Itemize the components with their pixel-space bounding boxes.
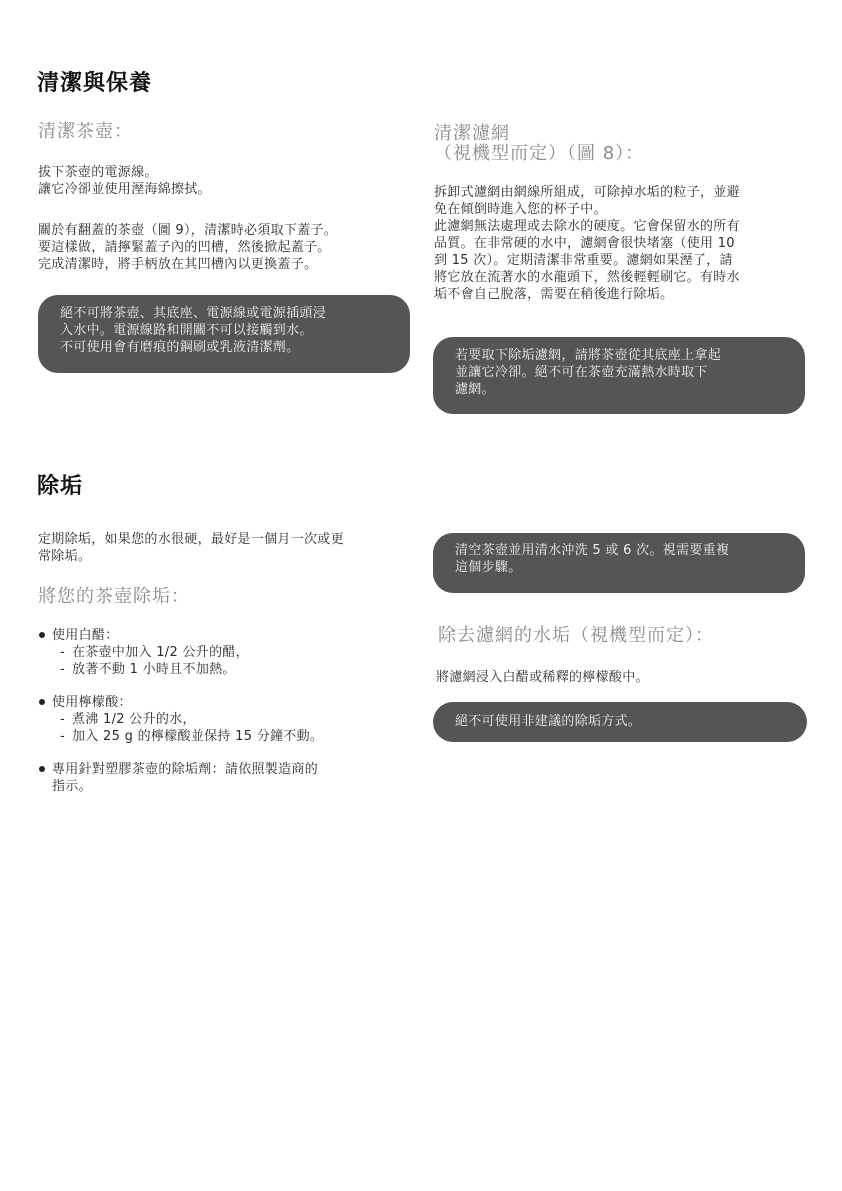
text-line: 入水中。電源線路和開關不可以接觸到水。 bbox=[60, 322, 388, 339]
filter-descale-text: 將濾網浸入白醋或稀釋的檸檬酸中。 bbox=[436, 669, 806, 686]
text-line: 到 15 次）。定期清潔非常重要。濾網如果溼了，請 bbox=[434, 252, 814, 269]
list-item-vinegar: 使用白醋： -在茶壺中加入 1/2 公升的醋， -放著不動 1 小時且不加熱。 bbox=[38, 627, 418, 678]
method-steps: -煮沸 1/2 公升的水， -加入 25 g 的檸檬酸並保持 15 分鐘不動。 bbox=[52, 711, 418, 745]
method-steps: -在茶壺中加入 1/2 公升的醋， -放著不動 1 小時且不加熱。 bbox=[52, 644, 418, 678]
subheading-clean-filter: 清潔濾網 （視機型而定）（圖 8）： bbox=[434, 124, 644, 164]
method-label: 使用檸檬酸： bbox=[52, 694, 418, 711]
kettle-paragraph-1: 拔下茶壺的電源線。 讓它冷卻並使用溼海綿擦拭。 bbox=[38, 164, 418, 198]
note-box-rinse: 清空茶壺並用清水沖洗 5 或 6 次。視需要重複 這個步驟。 bbox=[433, 533, 805, 593]
step-text: 煮沸 1/2 公升的水， bbox=[72, 712, 196, 727]
text-line: 定期除垢，如果您的水很硬，最好是一個月一次或更 bbox=[38, 531, 418, 548]
text-line: 品質。在非常硬的水中，濾網會很快堵塞（使用 10 bbox=[434, 235, 814, 252]
text-line: 免在傾倒時進入您的杯子中。 bbox=[434, 201, 814, 218]
dash-icon: - bbox=[60, 711, 65, 728]
step-item: -在茶壺中加入 1/2 公升的醋， bbox=[60, 644, 418, 661]
filter-paragraph-2: 此濾網無法處理或去除水的硬度。它會保留水的所有 品質。在非常硬的水中，濾網會很快… bbox=[434, 218, 814, 303]
section-title-descaling: 除垢 bbox=[37, 474, 83, 500]
text-line: 不可使用會有磨痕的鋼刷或乳液清潔劑。 bbox=[60, 339, 388, 356]
text-line: 拔下茶壺的電源線。 bbox=[38, 164, 418, 181]
kettle-paragraph-2: 關於有翻蓋的茶壺（圖 9），清潔時必須取下蓋子。 要這樣做，請擰緊蓋子內的凹槽，… bbox=[38, 222, 418, 273]
subheading-descale-filter: 除去濾網的水垢（視機型而定）： bbox=[438, 626, 714, 646]
text-line: 讓它冷卻並使用溼海綿擦拭。 bbox=[38, 181, 418, 198]
dash-icon: - bbox=[60, 661, 65, 678]
text-line: 完成清潔時，將手柄放在其凹槽內以更換蓋子。 bbox=[38, 256, 418, 273]
warning-box-filter-removal: 若要取下除垢濾網，請將茶壺從其底座上拿起 並讓它冷卻。絕不可在茶壺充滿熱水時取下… bbox=[433, 337, 805, 414]
subheading-clean-kettle: 清潔茶壺： bbox=[38, 122, 133, 142]
step-text: 在茶壺中加入 1/2 公升的醋， bbox=[72, 645, 249, 660]
method-label-line: 指示。 bbox=[52, 778, 418, 795]
step-item: -放著不動 1 小時且不加熱。 bbox=[60, 661, 418, 678]
text-line: 將它放在流著水的水龍頭下，然後輕輕刷它。有時水 bbox=[434, 269, 814, 286]
warning-box-descale-method: 絕不可使用非建議的除垢方式。 bbox=[433, 702, 807, 742]
descaling-intro: 定期除垢，如果您的水很硬，最好是一個月一次或更 常除垢。 bbox=[38, 531, 418, 565]
method-label-line: 專用針對塑膠茶壺的除垢劑：請依照製造商的 bbox=[52, 761, 418, 778]
descaling-methods-list: 使用白醋： -在茶壺中加入 1/2 公升的醋， -放著不動 1 小時且不加熱。 … bbox=[38, 627, 418, 811]
text-line: 濾網。 bbox=[455, 381, 783, 398]
heading-line: 清潔濾網 bbox=[434, 124, 644, 144]
step-item: -加入 25 g 的檸檬酸並保持 15 分鐘不動。 bbox=[60, 728, 418, 745]
list-item-citric-acid: 使用檸檬酸： -煮沸 1/2 公升的水， -加入 25 g 的檸檬酸並保持 15… bbox=[38, 694, 418, 745]
bullet-icon bbox=[39, 699, 45, 705]
text-line: 垢不會自己脫落，需要在稍後進行除垢。 bbox=[434, 286, 814, 303]
text-line: 要這樣做，請擰緊蓋子內的凹槽，然後掀起蓋子。 bbox=[38, 239, 418, 256]
dash-icon: - bbox=[60, 728, 65, 745]
section-title-cleaning: 清潔與保養 bbox=[37, 71, 152, 97]
step-text: 加入 25 g 的檸檬酸並保持 15 分鐘不動。 bbox=[72, 729, 323, 744]
warning-box-immersion: 絕不可將茶壺、其底座、電源線或電源插頭浸 入水中。電源線路和開關不可以接觸到水。… bbox=[38, 295, 410, 373]
text-line: 關於有翻蓋的茶壺（圖 9），清潔時必須取下蓋子。 bbox=[38, 222, 418, 239]
text-line: 絕不可將茶壺、其底座、電源線或電源插頭浸 bbox=[60, 305, 388, 322]
bullet-icon bbox=[39, 632, 45, 638]
text-line: 常除垢。 bbox=[38, 548, 418, 565]
method-label: 使用白醋： bbox=[52, 627, 418, 644]
text-line: 拆卸式濾網由網線所組成，可除掉水垢的粒子，並避 bbox=[434, 184, 814, 201]
subheading-descale-kettle: 將您的茶壺除垢： bbox=[38, 587, 190, 607]
text-line: 清空茶壺並用清水沖洗 5 或 6 次。視需要重複 bbox=[455, 542, 783, 559]
bullet-icon bbox=[39, 766, 45, 772]
filter-paragraph-1: 拆卸式濾網由網線所組成，可除掉水垢的粒子，並避 免在傾倒時進入您的杯子中。 bbox=[434, 184, 814, 218]
heading-line: （視機型而定）（圖 8）： bbox=[434, 144, 644, 164]
text-line: 若要取下除垢濾網，請將茶壺從其底座上拿起 bbox=[455, 347, 783, 364]
step-text: 放著不動 1 小時且不加熱。 bbox=[72, 662, 236, 677]
text-line: 這個步驟。 bbox=[455, 559, 783, 576]
list-item-descaler: 專用針對塑膠茶壺的除垢劑：請依照製造商的 指示。 bbox=[38, 761, 418, 795]
text-line: 此濾網無法處理或去除水的硬度。它會保留水的所有 bbox=[434, 218, 814, 235]
text-line: 並讓它冷卻。絕不可在茶壺充滿熱水時取下 bbox=[455, 364, 783, 381]
dash-icon: - bbox=[60, 644, 65, 661]
step-item: -煮沸 1/2 公升的水， bbox=[60, 711, 418, 728]
